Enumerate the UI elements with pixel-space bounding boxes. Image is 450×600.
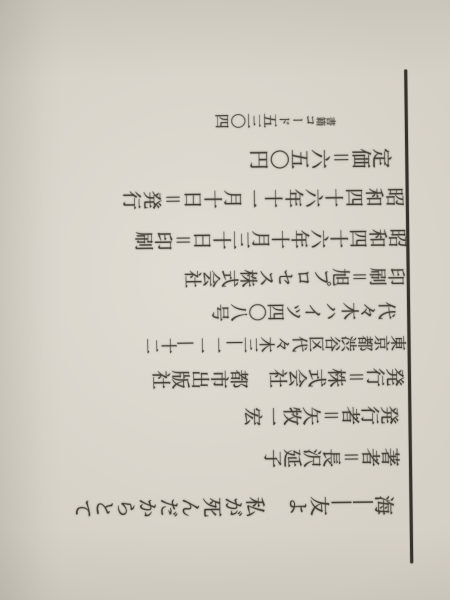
colophon-top-rule	[405, 69, 414, 563]
printer-line: 印刷＝旭プロセス株式会社	[184, 265, 406, 287]
page-content: 海――友よ 私が死んだからとて 著者＝長沢延子 発行者＝矢牧一宏 発行＝株式会社…	[0, 0, 450, 600]
address-line-1: 東京都渋谷区代々木三―一一―十二	[144, 332, 407, 352]
book-code-value: 五三〇四	[214, 111, 278, 130]
book-code-label-rest: コード	[278, 113, 317, 127]
address-line-2: 代々木ハイツ四〇八号	[211, 299, 396, 320]
book-code-label-head: 書籍	[317, 115, 336, 125]
colophon-page-photo: 海――友よ 私が死んだからとて 著者＝長沢延子 発行者＝矢牧一宏 発行＝株式会社…	[0, 0, 450, 600]
book-code-line: 書籍コード五三〇四	[214, 110, 336, 127]
book-title: 海――友よ 私が死んだからとて	[72, 492, 395, 517]
printed-date-line: 昭和四十六年十月三十日＝印刷	[134, 226, 407, 249]
publisher-person-line: 発行者＝矢牧一宏	[243, 403, 399, 425]
price-line: 定価＝六五〇円	[249, 145, 393, 168]
colophon-page: 海――友よ 私が死んだからとて 著者＝長沢延子 発行者＝矢牧一宏 発行＝株式会社…	[0, 0, 450, 600]
book-code-label-char1: 書	[326, 115, 336, 125]
author-line: 著者＝長沢延子	[263, 445, 400, 467]
publisher-line: 発行＝株式会社 都市出版社	[151, 365, 405, 388]
published-date-line: 昭和四十六年十一月十日＝発行	[122, 185, 405, 209]
book-code-label-char2: 籍	[317, 115, 327, 125]
